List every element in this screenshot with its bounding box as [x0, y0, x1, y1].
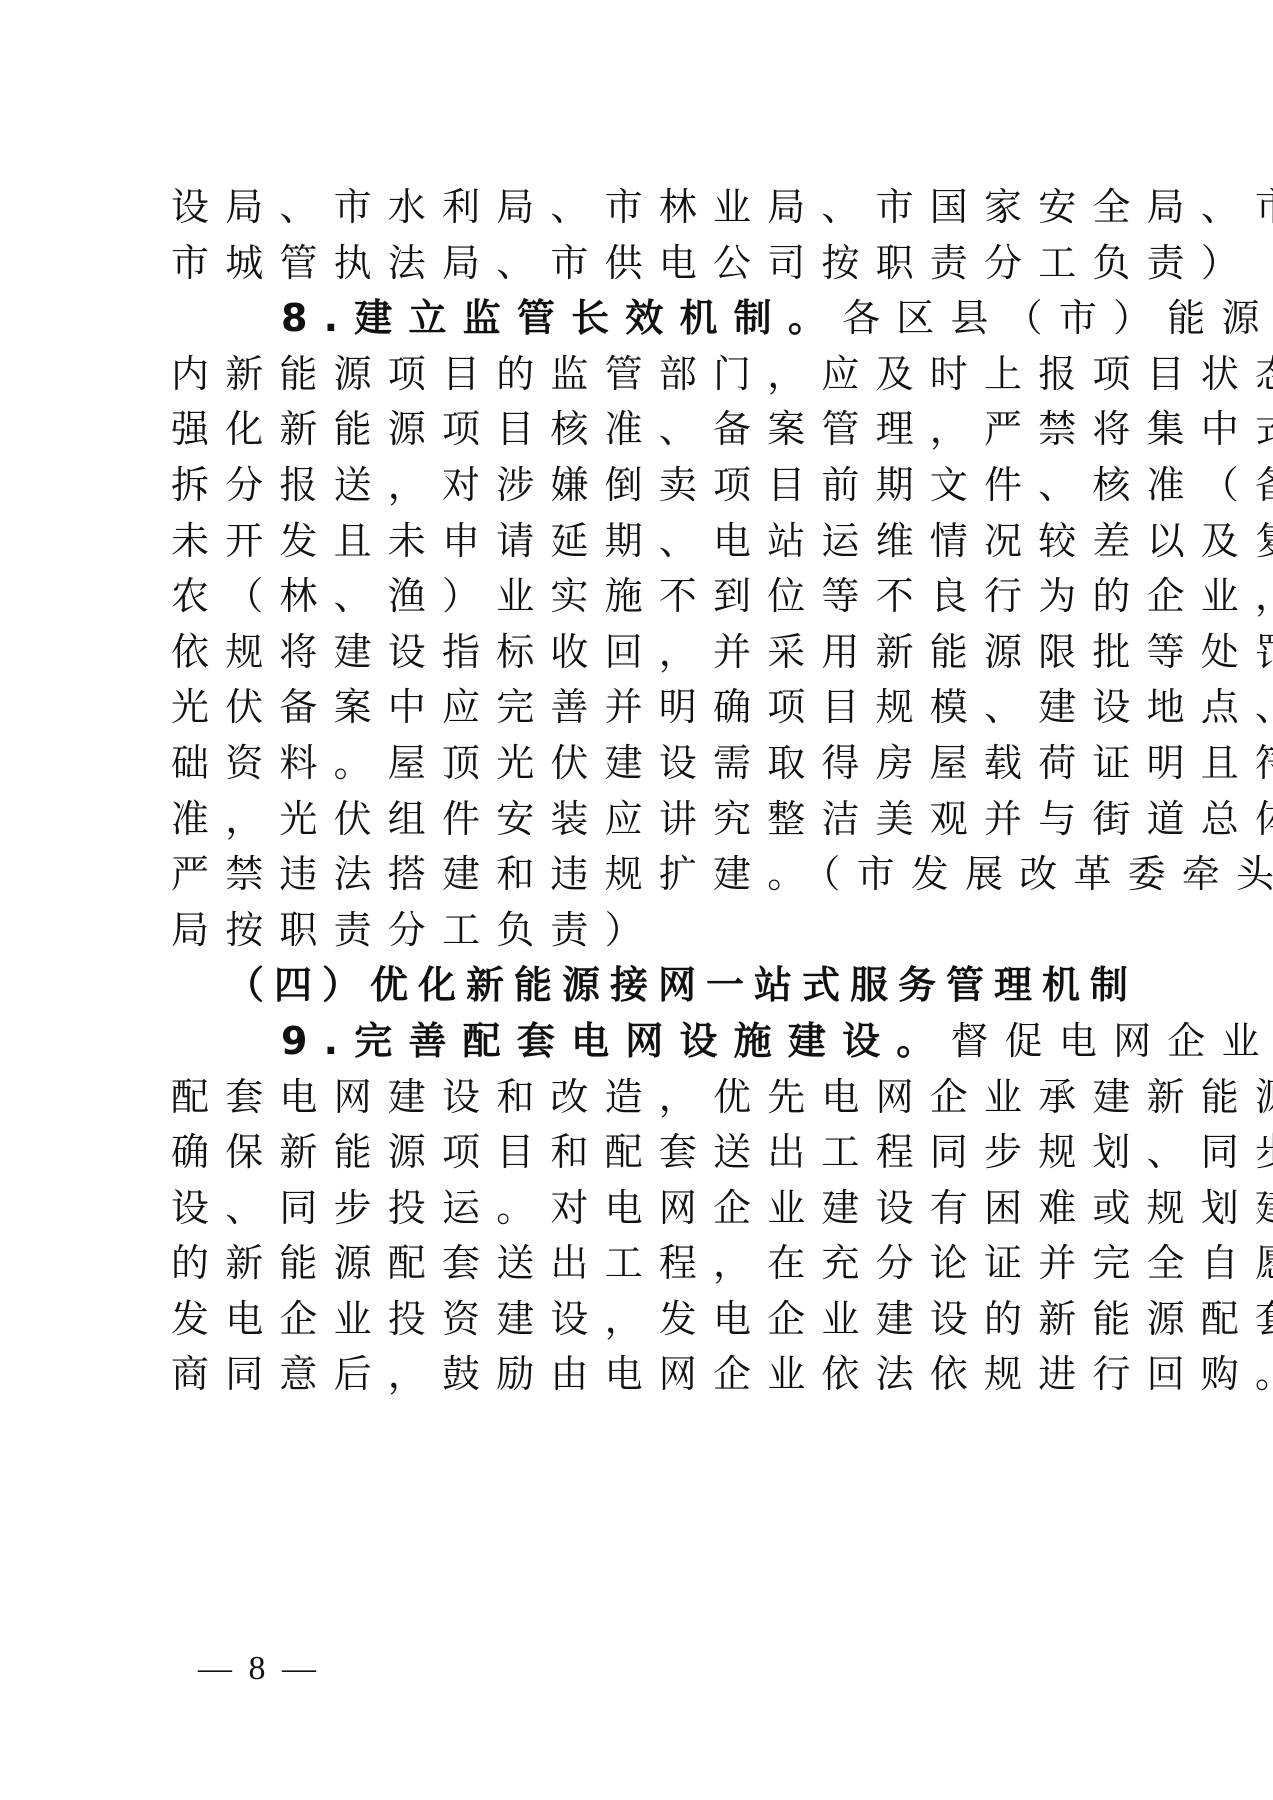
item-9-title: 9.完善配套电网设施建设。 — [281, 1019, 950, 1063]
page-number: — 8 — — [198, 1650, 320, 1688]
text-span: 各区县（市）能源主管部门为辖区 — [842, 296, 1273, 340]
text-line: 设、同步投运。对电网企业建设有困难或规划建设时序不匹配 — [171, 1181, 1131, 1237]
text-line: 确保新能源项目和配套送出工程同步规划、同步核准、同步建 — [171, 1125, 1131, 1181]
text-line: 发电企业投资建设，发电企业建设的新能源配套工程经双方协 — [171, 1292, 1131, 1348]
text-line: 严禁违法搭建和违规扩建。（市发展改革委牵头，市城管执法 — [171, 847, 1131, 903]
text-line: 设局、市水利局、市林业局、市国家安全局、市文旅广电局、 — [171, 180, 1131, 236]
text-span: 督促电网企业加强新能源项目 — [950, 1019, 1273, 1063]
text-line: 农（林、渔）业实施不到位等不良行为的企业，经核实后依法 — [171, 569, 1131, 625]
text-line: 础资料。屋顶光伏建设需取得房屋载荷证明且符合相关承重标 — [171, 736, 1131, 792]
text-line: 内新能源项目的监管部门，应及时上报项目状态和实施情况。 — [171, 347, 1131, 403]
text-line: 准，光伏组件安装应讲究整洁美观并与街道总体布局相协调， — [171, 792, 1131, 848]
text-line: 局按职责分工负责） — [171, 903, 1131, 959]
document-page: 设局、市水利局、市林业局、市国家安全局、市文旅广电局、 市城管执法局、市供电公司… — [0, 0, 1273, 1800]
section-heading-4: （四）优化新能源接网一站式服务管理机制 — [171, 958, 1131, 1014]
paragraph-9-first-line: 9.完善配套电网设施建设。督促电网企业加强新能源项目 — [171, 1014, 1131, 1070]
text-line: 依规将建设指标收回，并采用新能源限批等处罚措施。分布式 — [171, 625, 1131, 681]
paragraph-8-first-line: 8.建立监管长效机制。各区县（市）能源主管部门为辖区 — [171, 291, 1131, 347]
text-line: 市城管执法局、市供电公司按职责分工负责） — [171, 236, 1131, 292]
document-body: 设局、市水利局、市林业局、市国家安全局、市文旅广电局、 市城管执法局、市供电公司… — [171, 180, 1131, 1403]
text-line: 商同意后，鼓励由电网企业依法依规进行回购。对于接入公共 — [171, 1347, 1131, 1403]
text-line: 强化新能源项目核准、备案管理，严禁将集中式整体项目恶意 — [171, 402, 1131, 458]
text-line: 光伏备案中应完善并明确项目规模、建设地点、投资主体等基 — [171, 680, 1131, 736]
item-8-title: 8.建立监管长效机制。 — [281, 296, 842, 340]
text-line: 的新能源配套送出工程，在充分论证并完全自愿前提下，允许 — [171, 1236, 1131, 1292]
text-line: 未开发且未申请延期、电站运维情况较差以及复合光伏项目中 — [171, 514, 1131, 570]
text-line: 拆分报送，对涉嫌倒卖项目前期文件、核准（备案）有效期内 — [171, 458, 1131, 514]
text-line: 配套电网建设和改造，优先电网企业承建新能源配套送出工程， — [171, 1070, 1131, 1126]
